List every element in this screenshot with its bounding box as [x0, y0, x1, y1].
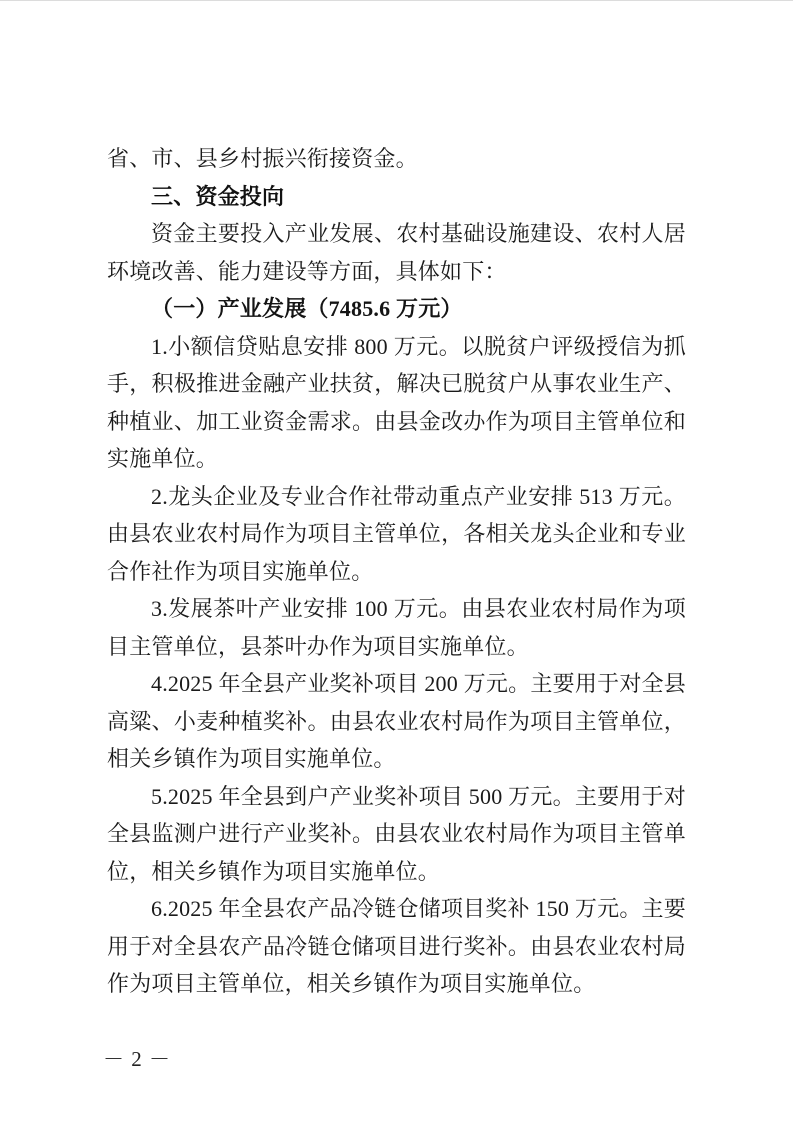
document-page: 省、市、县乡村振兴衔接资金。 三、资金投向 资金主要投入产业发展、农村基础设施建… [0, 0, 793, 1122]
paragraph-item-6-cold-chain-storage: 6.2025 年全县农产品冷链仓储项目奖补 150 万元。主要用于对全县农产品冷… [107, 890, 686, 1003]
paragraph-funding-overview: 资金主要投入产业发展、农村基础设施建设、农村人居环境改善、能力建设等方面，具体如… [107, 215, 686, 290]
paragraph-item-3-tea-industry: 3.发展茶叶产业安排 100 万元。由县农业农村局作为项目主管单位，县茶叶办作为… [107, 590, 686, 665]
section-heading-funding-direction: 三、资金投向 [107, 178, 686, 216]
page-top-edge-divider [0, 0, 793, 1]
page-number: － 2 － [103, 1044, 171, 1074]
paragraph-item-5-household-subsidy: 5.2025 年全县到户产业奖补项目 500 万元。主要用于对全县监测户进行产业… [107, 778, 686, 891]
paragraph-item-4-industry-subsidy: 4.2025 年全县产业奖补项目 200 万元。主要用于对全县高粱、小麦种植奖补… [107, 665, 686, 778]
paragraph-item-1-microcredit: 1.小额信贷贴息安排 800 万元。以脱贫户评级授信为抓手，积极推进金融产业扶贫… [107, 328, 686, 478]
paragraph-continued-funding-sources: 省、市、县乡村振兴衔接资金。 [107, 140, 686, 178]
paragraph-item-2-leading-enterprises: 2.龙头企业及专业合作社带动重点产业安排 513 万元。由县农业农村局作为项目主… [107, 478, 686, 591]
subsection-heading-industry-development: （一）产业发展（7485.6 万元） [107, 290, 686, 328]
document-body-text: 省、市、县乡村振兴衔接资金。 三、资金投向 资金主要投入产业发展、农村基础设施建… [107, 140, 686, 1003]
